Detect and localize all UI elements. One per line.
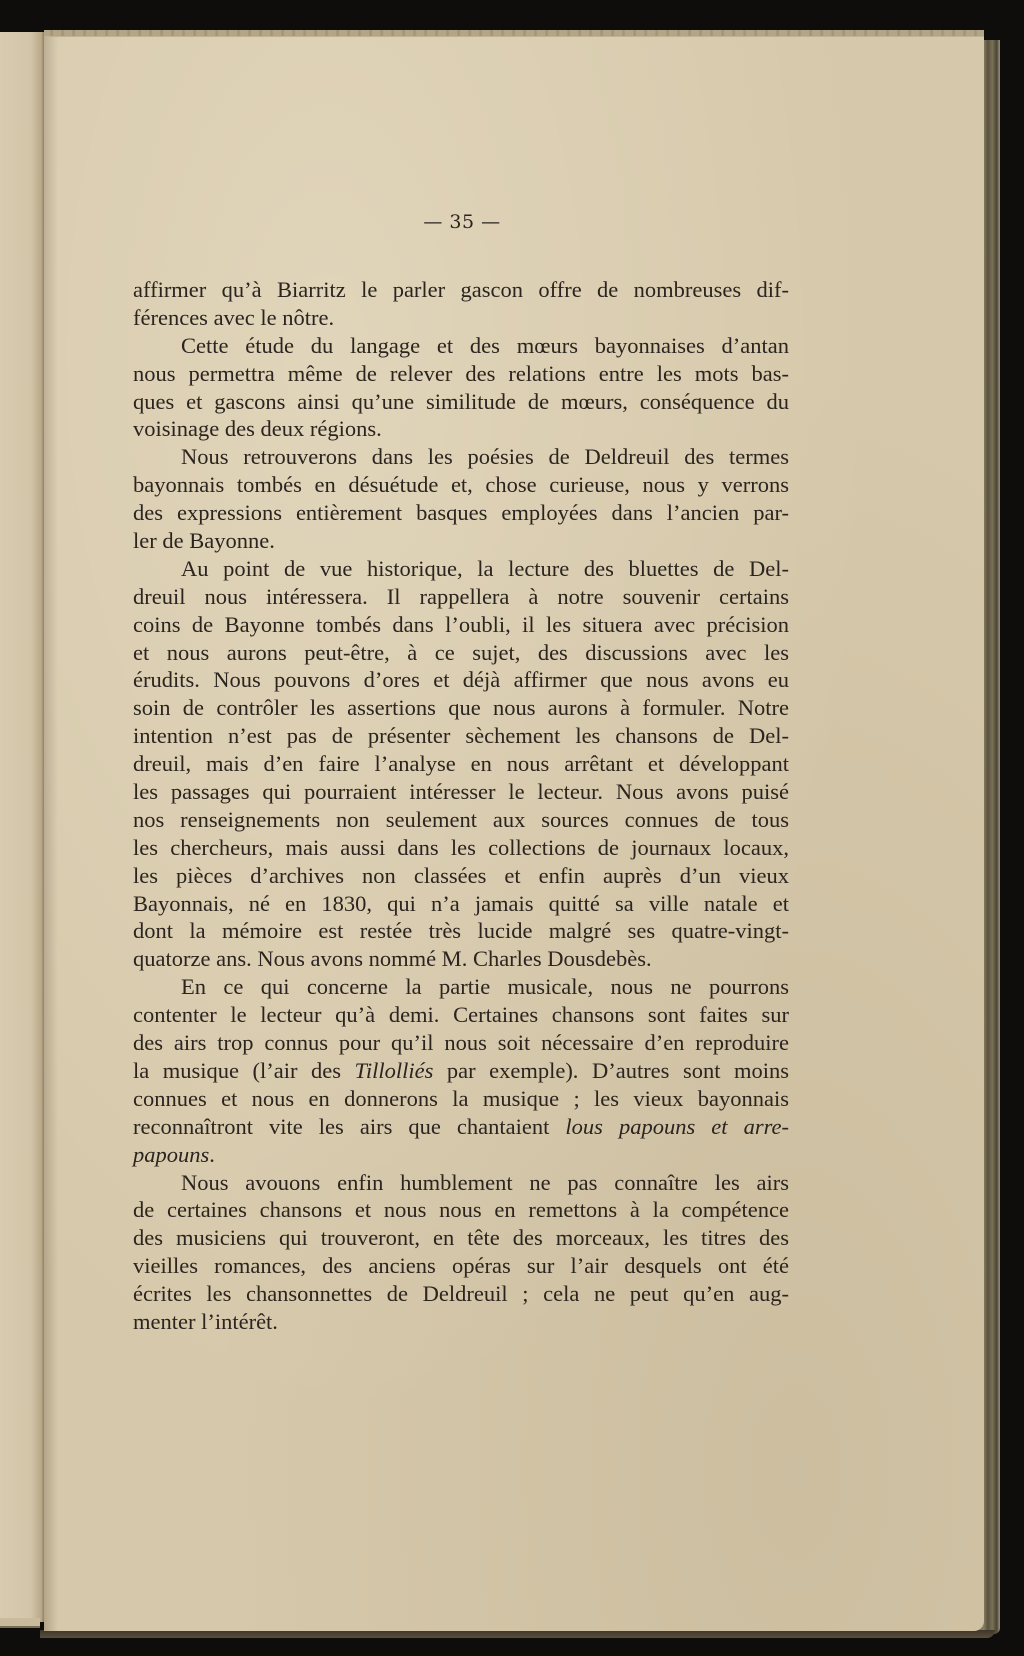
- text-run: des expressions entièrement basques empl…: [133, 500, 789, 525]
- text-run: ques et gascons ainsi qu’une similitude …: [133, 389, 789, 414]
- text-line: les passages qui pourraient intéresser l…: [133, 778, 789, 806]
- text-run: .: [209, 1142, 215, 1167]
- text-run: intention n’est pas de présenter sècheme…: [133, 723, 789, 748]
- text-run: les chercheurs, mais aussi dans les coll…: [133, 835, 789, 860]
- text-line: intention n’est pas de présenter sècheme…: [133, 722, 789, 750]
- page-number: — 35 —: [362, 211, 562, 233]
- text-run: ler de Bayonne.: [133, 528, 275, 553]
- text-line: reconnaîtront vite les airs que chantaie…: [133, 1113, 789, 1141]
- text-line: ler de Bayonne.: [133, 527, 789, 555]
- text-line: Nous avouons enfin humblement ne pas con…: [133, 1169, 789, 1197]
- text-run: quatorze ans. Nous avons nommé M. Charle…: [133, 946, 652, 971]
- text-line: dreuil, mais d’en faire l’analyse en nou…: [133, 750, 789, 778]
- text-line: contenter le lecteur qu’à demi. Certaine…: [133, 1001, 789, 1029]
- text-line: les pièces d’archives non classées et en…: [133, 862, 789, 890]
- text-line: de certaines chansons et nous nous en re…: [133, 1196, 789, 1224]
- text-line: la musique (l’air des Tillolliés par exe…: [133, 1057, 789, 1085]
- italic-phrase: papouns: [133, 1142, 209, 1167]
- text-run: dreuil nous intéressera. Il rappellera à…: [133, 584, 789, 609]
- text-line: Nous retrouverons dans les poésies de De…: [133, 443, 789, 471]
- text-line: vieilles romances, des anciens opéras su…: [133, 1252, 789, 1280]
- text-run: la musique (l’air des: [133, 1058, 355, 1083]
- paragraph: Nous avouons enfin humblement ne pas con…: [133, 1169, 789, 1336]
- text-line: érudits. Nous pouvons d’ores et déjà aff…: [133, 666, 789, 694]
- text-line: connues et nous en donnerons la musique …: [133, 1085, 789, 1113]
- text-run: Nous retrouverons dans les poésies de De…: [181, 444, 789, 469]
- text-line: coins de Bayonne tombés dans l’oubli, il…: [133, 611, 789, 639]
- text-run: En ce qui concerne la partie musicale, n…: [181, 974, 789, 999]
- text-line: des expressions entièrement basques empl…: [133, 499, 789, 527]
- text-run: et nous aurons peut-être, à ce sujet, de…: [133, 640, 789, 665]
- text-line: quatorze ans. Nous avons nommé M. Charle…: [133, 945, 789, 973]
- page-bottom-shadow: [40, 1630, 995, 1638]
- text-line: Au point de vue historique, la lecture d…: [133, 555, 789, 583]
- text-line: voisinage des deux régions.: [133, 415, 789, 443]
- text-run: des airs trop connus pour qu’il nous soi…: [133, 1030, 789, 1055]
- text-run: les pièces d’archives non classées et en…: [133, 863, 789, 888]
- text-line: les chercheurs, mais aussi dans les coll…: [133, 834, 789, 862]
- text-run: reconnaîtront vite les airs que chantaie…: [133, 1114, 565, 1139]
- text-run: dont la mémoire est restée très lucide m…: [133, 918, 789, 943]
- paragraph: Cette étude du langage et des mœurs bayo…: [133, 332, 789, 444]
- text-line: des musiciens qui trouveront, en tête de…: [133, 1224, 789, 1252]
- text-run: Nous avouons enfin humblement ne pas con…: [181, 1170, 789, 1195]
- text-run: voisinage des deux régions.: [133, 416, 382, 441]
- text-run: des musiciens qui trouveront, en tête de…: [133, 1225, 789, 1250]
- text-run: érudits. Nous pouvons d’ores et déjà aff…: [133, 667, 789, 692]
- italic-phrase: Tillolliés: [355, 1058, 434, 1083]
- text-run: écrites les chansonnettes de Deldreuil ;…: [133, 1281, 789, 1306]
- italic-phrase: lous papouns et arre-: [565, 1114, 789, 1139]
- facing-page-edge: [0, 32, 44, 1622]
- text-run: Cette étude du langage et des mœurs bayo…: [181, 333, 789, 358]
- text-line: et nous aurons peut-être, à ce sujet, de…: [133, 639, 789, 667]
- text-line: soin de contrôler les assertions que nou…: [133, 694, 789, 722]
- text-run: affirmer qu’à Biarritz le parler gascon …: [133, 277, 789, 302]
- text-line: férences avec le nôtre.: [133, 304, 789, 332]
- paragraph: En ce qui concerne la partie musicale, n…: [133, 973, 789, 1168]
- text-run: soin de contrôler les assertions que nou…: [133, 695, 789, 720]
- text-line: des airs trop connus pour qu’il nous soi…: [133, 1029, 789, 1057]
- text-run: nous permettra même de relever des relat…: [133, 361, 789, 386]
- text-line: dreuil nous intéressera. Il rappellera à…: [133, 583, 789, 611]
- text-run: connues et nous en donnerons la musique …: [133, 1086, 789, 1111]
- text-line: nos renseignements non seulement aux sou…: [133, 806, 789, 834]
- text-line: menter l’intérêt.: [133, 1308, 789, 1336]
- text-run: par exemple). D’autres sont moins: [433, 1058, 789, 1083]
- text-line: Bayonnais, né en 1830, qui n’a jamais qu…: [133, 890, 789, 918]
- text-line: affirmer qu’à Biarritz le parler gascon …: [133, 276, 789, 304]
- text-run: dreuil, mais d’en faire l’analyse en nou…: [133, 751, 789, 776]
- facing-page-bottom-edge: [0, 1618, 40, 1628]
- body-text: affirmer qu’à Biarritz le parler gascon …: [133, 276, 789, 1336]
- text-run: nos renseignements non seulement aux sou…: [133, 807, 789, 832]
- text-run: Bayonnais, né en 1830, qui n’a jamais qu…: [133, 891, 789, 916]
- text-run: vieilles romances, des anciens opéras su…: [133, 1253, 789, 1278]
- text-line: écrites les chansonnettes de Deldreuil ;…: [133, 1280, 789, 1308]
- text-line: bayonnais tombés en désuétude et, chose …: [133, 471, 789, 499]
- text-line: nous permettra même de relever des relat…: [133, 360, 789, 388]
- text-run: Au point de vue historique, la lecture d…: [181, 556, 789, 581]
- scanned-book-spread: — 35 — affirmer qu’à Biarritz le parler …: [0, 0, 1024, 1656]
- paragraph: Nous retrouverons dans les poésies de De…: [133, 443, 789, 555]
- text-run: menter l’intérêt.: [133, 1309, 278, 1334]
- text-run: férences avec le nôtre.: [133, 305, 334, 330]
- text-run: coins de Bayonne tombés dans l’oubli, il…: [133, 612, 789, 637]
- text-line: ques et gascons ainsi qu’une similitude …: [133, 388, 789, 416]
- text-line: papouns.: [133, 1141, 789, 1169]
- text-line: Cette étude du langage et des mœurs bayo…: [133, 332, 789, 360]
- text-run: de certaines chansons et nous nous en re…: [133, 1197, 789, 1222]
- text-line: dont la mémoire est restée très lucide m…: [133, 917, 789, 945]
- paragraph: affirmer qu’à Biarritz le parler gascon …: [133, 276, 789, 332]
- text-run: bayonnais tombés en désuétude et, chose …: [133, 472, 789, 497]
- text-run: les passages qui pourraient intéresser l…: [133, 779, 789, 804]
- paragraph: Au point de vue historique, la lecture d…: [133, 555, 789, 973]
- text-run: contenter le lecteur qu’à demi. Certaine…: [133, 1002, 789, 1027]
- text-line: En ce qui concerne la partie musicale, n…: [133, 973, 789, 1001]
